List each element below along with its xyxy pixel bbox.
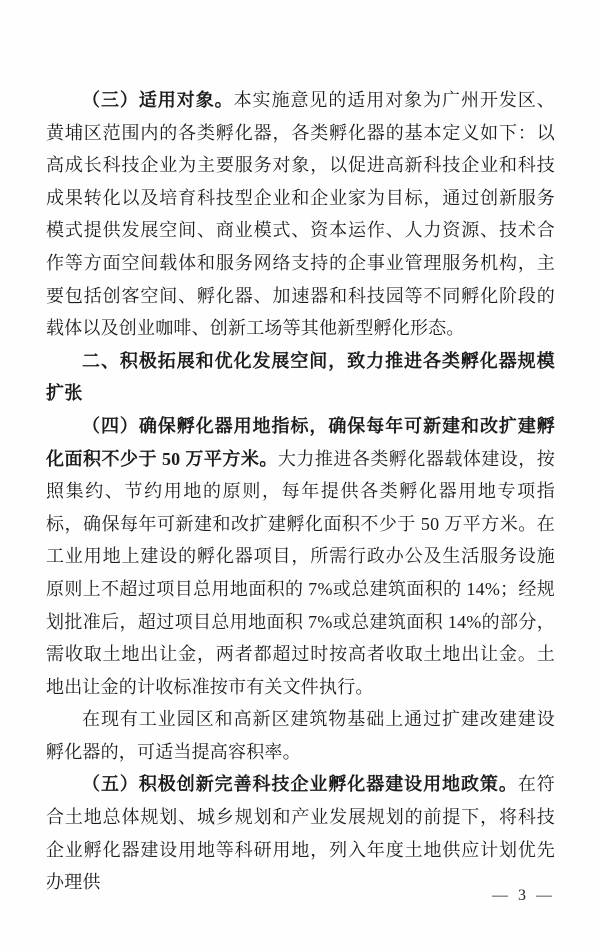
- paragraph-lead: （五）积极创新完善科技企业孵化器建设用地政策。: [82, 774, 518, 794]
- page-number: — 3 —: [492, 887, 555, 904]
- section-heading-text: 二、积极拓展和优化发展空间，致力推进各类孵化器规模扩张: [46, 351, 555, 404]
- document-body: （三）适用对象。本实施意见的适用对象为广州开发区、黄埔区范围内的各类孵化器，各类…: [46, 84, 555, 899]
- section-heading: 二、积极拓展和优化发展空间，致力推进各类孵化器规模扩张: [46, 345, 555, 410]
- paragraph: （四）确保孵化器用地指标，确保每年可新建和改扩建孵化面积不少于 50 万平方米。…: [46, 410, 555, 703]
- paragraph-text: 在现有工业园区和高新区建筑物基础上通过扩建改建建设孵化器的，可适当提高容积率。: [46, 709, 555, 762]
- paragraph: 在现有工业园区和高新区建筑物基础上通过扩建改建建设孵化器的，可适当提高容积率。: [46, 703, 555, 768]
- page-footer: — 3 —: [492, 887, 555, 905]
- paragraph-text: 本实施意见的适用对象为广州开发区、黄埔区范围内的各类孵化器，各类孵化器的基本定义…: [46, 90, 555, 338]
- paragraph-text: 大力推进各类孵化器载体建设，按照集约、节约用地的原则，每年提供各类孵化器用地专项…: [46, 449, 555, 697]
- document-page: （三）适用对象。本实施意见的适用对象为广州开发区、黄埔区范围内的各类孵化器，各类…: [0, 0, 600, 949]
- paragraph-lead: （三）适用对象。: [82, 90, 234, 110]
- paragraph: （五）积极创新完善科技企业孵化器建设用地政策。在符合土地总体规划、城乡规划和产业…: [46, 768, 555, 898]
- paragraph: （三）适用对象。本实施意见的适用对象为广州开发区、黄埔区范围内的各类孵化器，各类…: [46, 84, 555, 345]
